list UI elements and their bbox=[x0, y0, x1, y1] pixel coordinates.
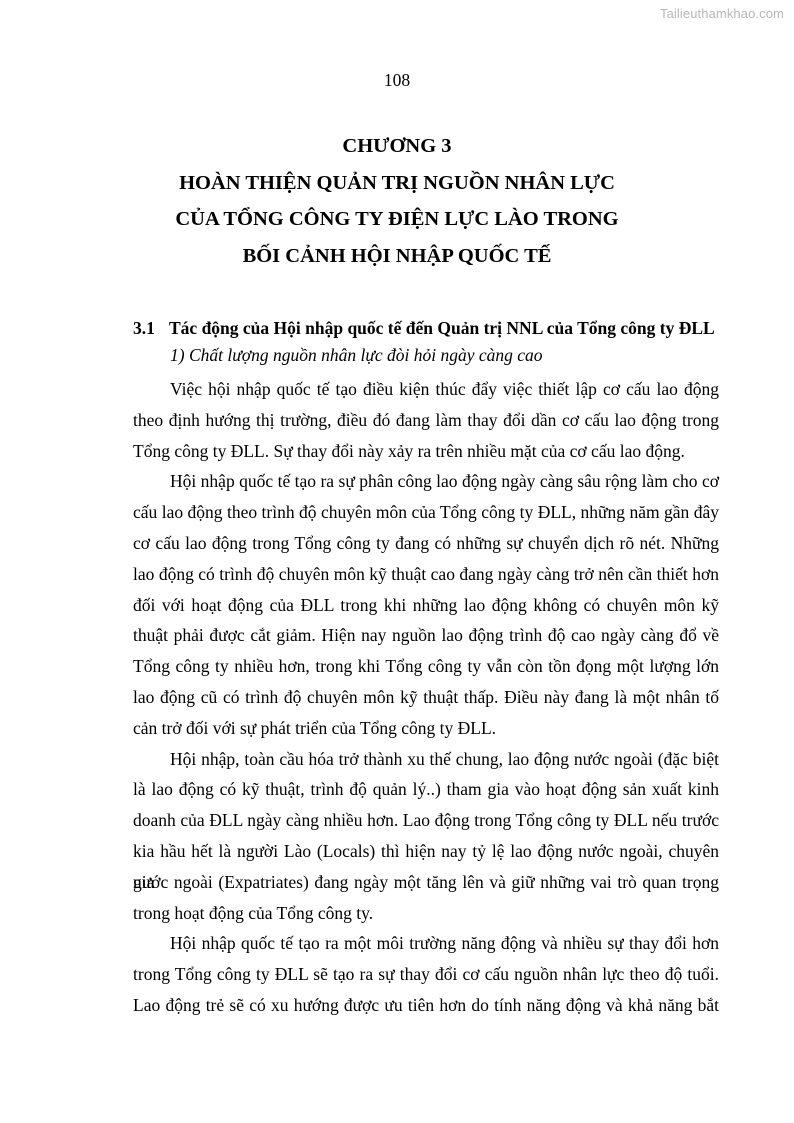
paragraph: Hội nhập, toàn cầu hóa trở thành xu thế … bbox=[133, 744, 719, 929]
paragraph-line: Tổng công ty nhiều hơn, trong khi Tổng c… bbox=[133, 651, 719, 682]
paragraph-line: Việc hội nhập quốc tế tạo điều kiện thúc… bbox=[133, 374, 719, 405]
paragraph-line: Hội nhập quốc tế tạo ra sự phân công lao… bbox=[133, 466, 719, 497]
paragraph-line: cấu lao động theo trình độ chuyên môn củ… bbox=[133, 497, 719, 528]
section-title: Tác động của Hội nhập quốc tế đến Quản t… bbox=[169, 318, 715, 338]
watermark: Tailieuthamkhao.com bbox=[660, 6, 784, 21]
chapter-title-line: HOÀN THIỆN QUẢN TRỊ NGUỒN NHÂN LỰC bbox=[0, 168, 794, 205]
paragraph-line: cơ cấu lao động trong Tổng công ty đang … bbox=[133, 528, 719, 559]
paragraph-line: thuật phải được cắt giảm. Hiện nay nguồn… bbox=[133, 620, 719, 651]
body-text: Việc hội nhập quốc tế tạo điều kiện thúc… bbox=[133, 374, 719, 1021]
chapter-title-line: CHƯƠNG 3 bbox=[0, 131, 794, 168]
paragraph: Hội nhập quốc tế tạo ra sự phân công lao… bbox=[133, 466, 719, 743]
paragraph-line: lao động có trình độ chuyên môn kỹ thuật… bbox=[133, 559, 719, 590]
paragraph-line: nước ngoài (Expatriates) đang ngày một t… bbox=[133, 867, 719, 898]
paragraph-line: Lao động trẻ sẽ có xu hướng được ưu tiên… bbox=[133, 990, 719, 1021]
paragraph-line: Hội nhập, toàn cầu hóa trở thành xu thế … bbox=[133, 744, 719, 775]
section-heading: 3.1Tác động của Hội nhập quốc tế đến Quả… bbox=[133, 318, 753, 339]
paragraph-line: doanh của ĐLL ngày càng nhiều hơn. Lao đ… bbox=[133, 805, 719, 836]
chapter-title-line: CỦA TỔNG CÔNG TY ĐIỆN LỰC LÀO TRONG bbox=[0, 204, 794, 241]
paragraph-line: lao động cũ có trình độ chuyên môn kỹ th… bbox=[133, 682, 719, 713]
paragraph: Hội nhập quốc tế tạo ra một môi trường n… bbox=[133, 928, 719, 1020]
chapter-heading: CHƯƠNG 3 HOÀN THIỆN QUẢN TRỊ NGUỒN NHÂN … bbox=[0, 131, 794, 277]
section-number: 3.1 bbox=[133, 318, 169, 339]
paragraph-line: kia hầu hết là người Lào (Locals) thì hi… bbox=[133, 836, 719, 867]
paragraph: Việc hội nhập quốc tế tạo điều kiện thúc… bbox=[133, 374, 719, 466]
page-number: 108 bbox=[0, 70, 794, 91]
paragraph-line: theo định hướng thị trường, điều đó đang… bbox=[133, 405, 719, 436]
paragraph-line: đối với hoạt động của ĐLL trong khi nhữn… bbox=[133, 590, 719, 621]
subsection-heading: 1) Chất lượng nguồn nhân lực đòi hỏi ngà… bbox=[170, 345, 543, 366]
paragraph-line: là lao động có kỹ thuật, trình độ quản l… bbox=[133, 774, 719, 805]
paragraph-line: trong hoạt động của Tổng công ty. bbox=[133, 898, 719, 929]
chapter-title-line: BỐI CẢNH HỘI NHẬP QUỐC TẾ bbox=[0, 241, 794, 278]
paragraph-line: cản trở đối với sự phát triển của Tổng c… bbox=[133, 713, 719, 744]
paragraph-line: Hội nhập quốc tế tạo ra một môi trường n… bbox=[133, 928, 719, 959]
paragraph-line: Tổng công ty ĐLL. Sự thay đổi này xảy ra… bbox=[133, 436, 719, 467]
paragraph-line: trong Tổng công ty ĐLL sẽ tạo ra sự thay… bbox=[133, 959, 719, 990]
